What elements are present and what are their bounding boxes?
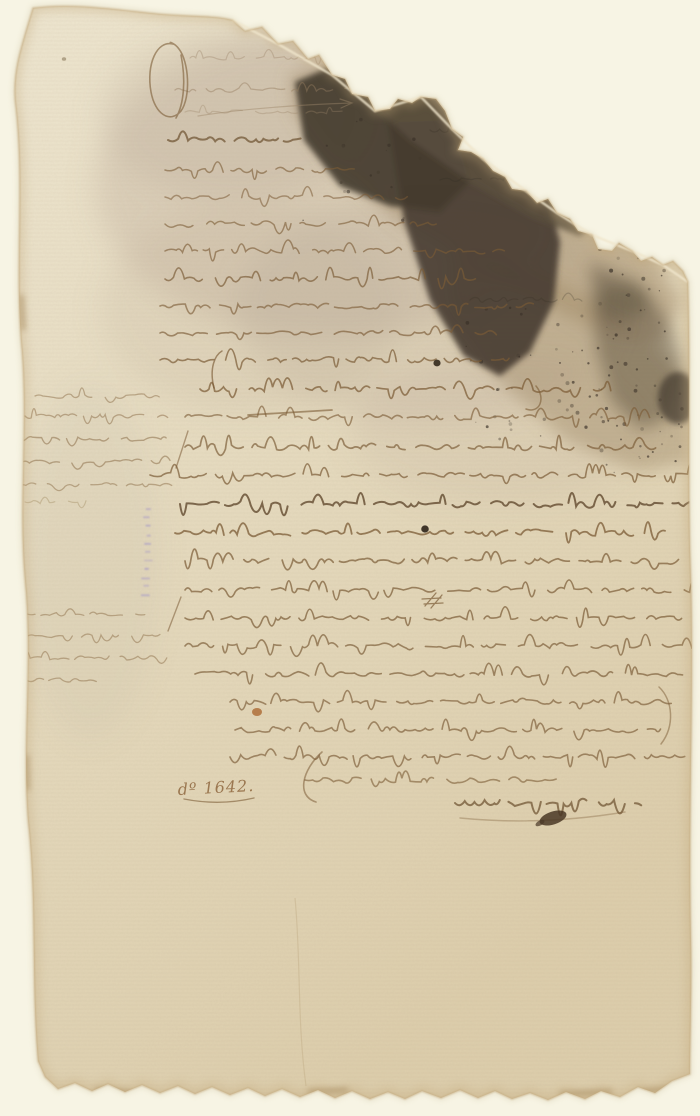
stain-speckle <box>641 277 645 281</box>
stain-speckle <box>656 412 659 415</box>
stamp-character-mark <box>143 516 149 518</box>
scanned-document: dº 1642. <box>0 0 700 1116</box>
stamp-character-mark <box>141 594 150 596</box>
stain-speckle <box>465 346 466 347</box>
stain-speckle <box>302 220 303 221</box>
document-canvas: dº 1642. <box>0 0 700 1116</box>
stamp-character-mark <box>146 525 151 527</box>
stain-speckle <box>609 269 613 273</box>
stain-speckle <box>356 121 358 123</box>
stain-speckle <box>609 365 613 369</box>
stain-speckle <box>543 418 546 421</box>
stain-speckle <box>654 384 657 387</box>
stain-speckle <box>665 357 668 360</box>
stain-speckle <box>659 431 661 433</box>
stain-speckle <box>647 455 649 457</box>
stain-speckle <box>418 157 421 160</box>
stain-speckle <box>638 456 639 457</box>
stain-speckle <box>661 443 663 445</box>
stain-speckle <box>605 407 608 410</box>
stain-speckle <box>498 438 501 441</box>
stain-speckle <box>559 362 561 364</box>
stain-speckle <box>606 464 608 466</box>
stain-speckle <box>509 307 511 309</box>
stamp-character-mark <box>144 543 151 545</box>
stain-speckle <box>340 181 343 184</box>
stain-speckle <box>617 361 619 363</box>
stain-speckle <box>616 425 618 427</box>
paper-fleck <box>62 57 66 61</box>
stain-speckle <box>620 438 622 440</box>
stain-speckle <box>617 257 620 260</box>
stain-speckle <box>635 384 637 386</box>
ink-dot-1 <box>433 360 440 367</box>
stain-speckle <box>587 362 589 364</box>
stain-speckle <box>520 313 523 316</box>
stain-speckle <box>640 309 642 311</box>
stain-speckle <box>390 186 392 188</box>
stain-speckle <box>627 293 631 297</box>
stain-speckle <box>326 145 328 147</box>
stain-speckle <box>613 338 615 340</box>
stain-speckle <box>370 174 372 176</box>
stain-speckle <box>598 388 599 389</box>
stain-speckle <box>674 460 676 462</box>
stain-speckle <box>581 349 583 351</box>
stain-speckle <box>634 389 638 393</box>
stain-speckle <box>556 323 559 326</box>
stain-speckle <box>622 274 624 276</box>
stain-speckle <box>540 435 542 437</box>
stain-speckle <box>486 425 489 428</box>
stain-speckle <box>636 368 638 370</box>
stain-speckle <box>639 445 641 447</box>
stain-speckle <box>679 392 682 395</box>
stain-speckle <box>619 320 622 323</box>
stain-speckle <box>343 190 346 193</box>
stain-speckle <box>661 275 663 277</box>
stain-speckle <box>613 472 614 473</box>
stain-speckle <box>566 408 569 411</box>
stain-speckle <box>377 171 380 174</box>
stain-speckle <box>659 290 660 291</box>
stain-speckle <box>584 426 587 429</box>
stain-speckle <box>560 373 564 377</box>
stain-speckle <box>600 416 602 418</box>
stain-speckle <box>624 362 628 366</box>
stain-speckle <box>525 308 527 310</box>
stain-speckle <box>595 394 598 397</box>
stain-speckle <box>518 356 520 358</box>
stain-speckle <box>530 355 531 356</box>
stain-speckle <box>497 388 500 391</box>
stain-speckle <box>648 288 651 291</box>
stain-speckle <box>597 347 600 350</box>
stain-speckle <box>615 333 618 336</box>
stamp-character-mark <box>145 568 149 570</box>
stain-speckle <box>670 435 673 438</box>
stain-speckle <box>401 219 404 222</box>
stain-speckle <box>566 381 570 385</box>
ink-dot-2 <box>421 525 429 532</box>
stain-speckle <box>572 381 575 384</box>
stain-speckle <box>557 399 561 403</box>
stain-speckle <box>606 327 607 328</box>
stain-speckle <box>510 428 513 431</box>
stamp-character-mark <box>144 560 153 562</box>
stain-speckle <box>509 422 513 426</box>
stain-speckle <box>555 348 558 351</box>
stain-speckle <box>644 309 645 310</box>
stain-speckle <box>606 334 608 336</box>
stamp-character-mark <box>143 585 149 587</box>
stain-speckle <box>678 423 680 425</box>
stain-speckle <box>580 314 583 317</box>
stain-speckle <box>598 302 602 306</box>
stamp-character-mark <box>146 508 151 510</box>
stain-speckle <box>576 411 580 415</box>
stain-speckle <box>659 398 662 401</box>
stain-speckle <box>589 395 591 397</box>
stain-speckle <box>640 427 644 431</box>
stain-speckle <box>626 337 629 340</box>
stain-speckle <box>652 451 654 453</box>
stain-speckle <box>572 351 573 352</box>
stamp-character-mark <box>145 551 150 553</box>
rust-spot <box>252 708 262 716</box>
stain-speckle <box>508 420 510 422</box>
stain-speckle <box>627 327 631 331</box>
stain-speckle <box>570 404 574 408</box>
stain-speckle <box>386 150 387 151</box>
stain-speckle <box>647 358 649 360</box>
stain-speckle <box>387 144 390 147</box>
stain-speckle <box>475 422 476 423</box>
stain-speckle <box>661 416 663 418</box>
stain-speckle <box>662 269 666 273</box>
date-text: dº 1642. <box>177 776 255 799</box>
stain-speckle <box>342 144 346 148</box>
stain-speckle <box>347 190 351 194</box>
stain-speckle <box>608 374 610 376</box>
stain-speckle <box>680 407 683 410</box>
stain-speckle <box>412 137 415 140</box>
stain-speckle <box>664 330 666 332</box>
stain-speckle <box>359 118 363 122</box>
stain-speckle <box>639 458 640 459</box>
stain-speckle <box>344 144 345 145</box>
stamp-character-mark <box>141 578 150 580</box>
stain-speckle <box>602 420 605 423</box>
stain-speckle <box>680 426 683 429</box>
stain-speckle <box>658 322 660 324</box>
stain-speckle <box>600 448 604 452</box>
stain-speckle <box>679 445 682 448</box>
stain-speckle <box>466 321 470 325</box>
stamp-character-mark <box>147 535 151 537</box>
